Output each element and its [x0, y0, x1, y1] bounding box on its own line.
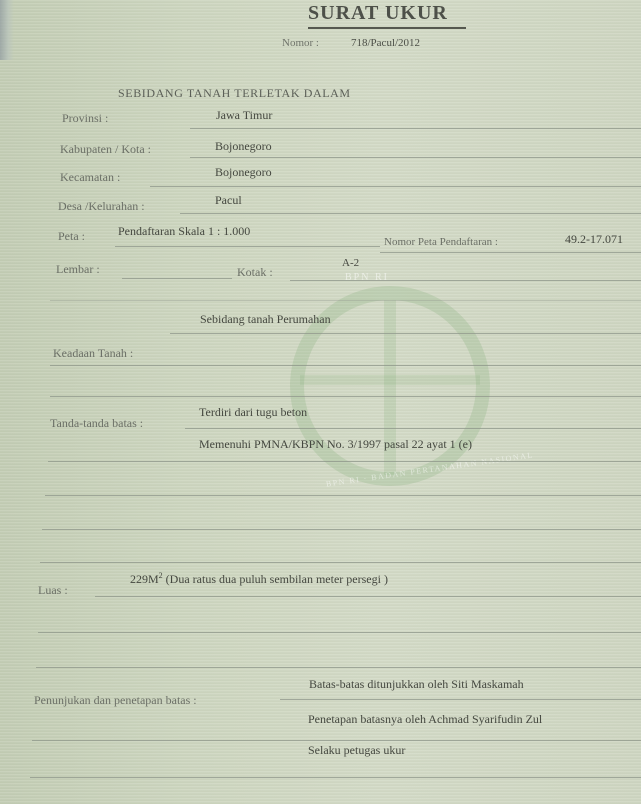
tanda-batas-rule-5 — [40, 562, 641, 563]
tanda-batas-rule-4 — [42, 529, 641, 530]
nomor-value: 718/Pacul/2012 — [351, 37, 420, 49]
desa-value: Pacul — [215, 193, 242, 208]
peta-label: Peta : — [58, 229, 85, 244]
tanda-batas-rule-2 — [48, 461, 641, 462]
blank-rule — [50, 300, 641, 301]
kotak-rule — [290, 280, 641, 281]
penunjukan-line-2: Penetapan batasnya oleh Achmad Syarifudi… — [308, 712, 542, 727]
seal-bar-icon — [300, 375, 480, 385]
tanda-batas-line-1: Terdiri dari tugu beton — [199, 405, 307, 420]
tanda-batas-rule-1 — [185, 428, 641, 429]
desa-label: Desa /Kelurahan : — [58, 199, 145, 214]
luas-rule-3 — [36, 667, 641, 668]
tanda-batas-rule-3 — [45, 495, 641, 496]
kabupaten-value: Bojonegoro — [215, 139, 272, 154]
kecamatan-label: Kecamatan : — [60, 170, 120, 185]
section-heading: SEBIDANG TANAH TERLETAK DALAM — [118, 86, 351, 101]
nomor-peta-label: Nomor Peta Pendaftaran : — [384, 236, 498, 248]
document-title: SURAT UKUR — [308, 2, 448, 25]
kabupaten-rule — [190, 157, 641, 158]
title-underline — [308, 27, 466, 29]
kotak-label: Kotak : — [237, 265, 273, 280]
luas-rule — [95, 596, 641, 597]
penunjukan-rule-1 — [280, 699, 641, 700]
keadaan-rule-3 — [50, 396, 641, 397]
desa-rule — [180, 213, 641, 214]
kotak-value: A-2 — [342, 257, 359, 269]
kabupaten-label: Kabupaten / Kota : — [60, 142, 151, 157]
keadaan-label: Keadaan Tanah : — [53, 346, 133, 361]
penunjukan-rule-3 — [30, 777, 641, 778]
provinsi-value: Jawa Timur — [216, 108, 272, 123]
page-edge-shadow — [0, 0, 14, 60]
nomor-label: Nomor : — [282, 37, 319, 49]
kecamatan-value: Bojonegoro — [215, 165, 272, 180]
luas-number: 229M — [130, 572, 159, 586]
provinsi-rule — [190, 128, 641, 129]
nomor-peta-rule — [380, 252, 641, 253]
keadaan-rule — [170, 333, 641, 334]
lembar-label: Lembar : — [56, 262, 100, 277]
kecamatan-rule — [150, 186, 641, 187]
peta-value: Pendaftaran Skala 1 : 1.000 — [118, 224, 250, 239]
luas-label: Luas : — [38, 583, 68, 598]
tanda-batas-label: Tanda-tanda batas : — [50, 416, 143, 431]
keadaan-value: Sebidang tanah Perumahan — [200, 312, 331, 327]
luas-rule-2 — [38, 632, 641, 633]
nomor-peta-value: 49.2-17.071 — [565, 232, 623, 247]
lembar-rule — [122, 278, 232, 279]
penunjukan-line-3: Selaku petugas ukur — [308, 743, 405, 758]
luas-text: (Dua ratus dua puluh sembilan meter pers… — [163, 572, 388, 586]
keadaan-rule-2 — [50, 365, 641, 366]
penunjukan-rule-2 — [32, 740, 641, 741]
penunjukan-label: Penunjukan dan penetapan batas : — [34, 693, 197, 708]
tanda-batas-line-2: Memenuhi PMNA/KBPN No. 3/1997 pasal 22 a… — [199, 437, 472, 452]
provinsi-label: Provinsi : — [62, 111, 108, 126]
luas-value: 229M2 (Dua ratus dua puluh sembilan mete… — [130, 571, 388, 587]
seal-text-top: BPN RI — [345, 272, 389, 283]
peta-rule — [115, 246, 380, 247]
penunjukan-line-1: Batas-batas ditunjukkan oleh Siti Maskam… — [309, 677, 524, 692]
